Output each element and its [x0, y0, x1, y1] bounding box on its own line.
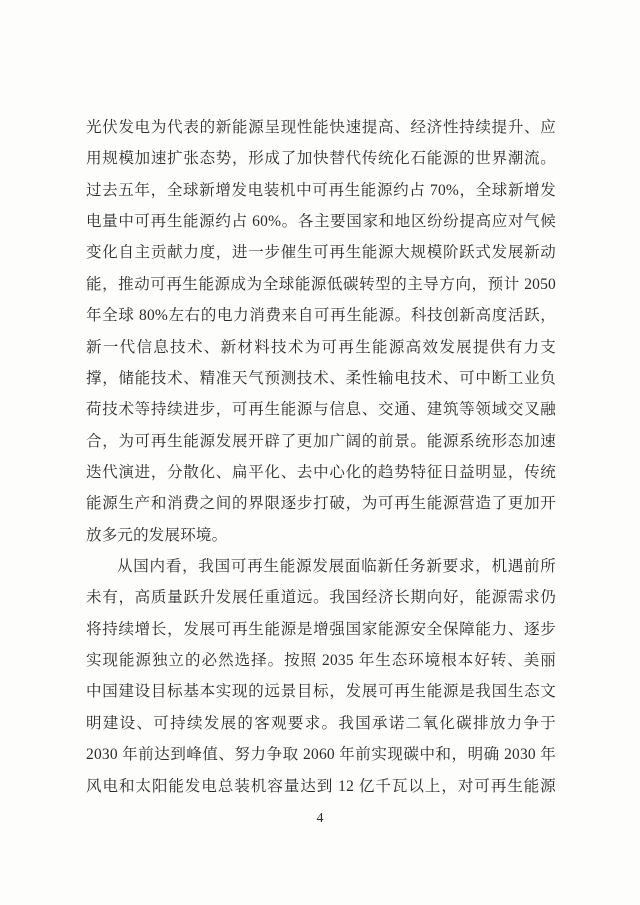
text-line: 电量中可再生能源约占 60%。各主要国家和地区纷纷提高应对气候	[86, 206, 556, 237]
text-line: 过去五年，全球新增发电装机中可再生能源约占 70%，全球新增发	[86, 175, 556, 206]
text-line: 新一代信息技术、新材料技术为可再生能源高效发展提供有力支	[86, 332, 556, 363]
text-line: 光伏发电为代表的新能源呈现性能快速提高、经济性持续提升、应	[86, 112, 556, 143]
text-line: 变化自主贡献力度，进一步催生可再生能源大规模阶跃式发展新动	[86, 237, 556, 268]
text-line: 合，为可再生能源发展开辟了更加广阔的前景。能源系统形态加速	[86, 426, 556, 457]
text-line: 实现能源独立的必然选择。按照 2035 年生态环境根本好转、美丽	[86, 645, 556, 676]
text-line: 用规模加速扩张态势，形成了加快替代传统化石能源的世界潮流。	[86, 143, 556, 174]
text-line: 能源生产和消费之间的界限逐步打破，为可再生能源营造了更加开	[86, 488, 556, 519]
text-line: 能，推动可再生能源成为全球能源低碳转型的主导方向，预计 2050	[86, 269, 556, 300]
text-line: 年全球 80%左右的电力消费来自可再生能源。科技创新高度活跃，	[86, 300, 556, 331]
document-page: 光伏发电为代表的新能源呈现性能快速提高、经济性持续提升、应 用规模加速扩张态势，…	[0, 0, 640, 905]
text-line: 将持续增长，发展可再生能源是增强国家能源安全保障能力、逐步	[86, 614, 556, 645]
text-line: 明建设、可持续发展的客观要求。我国承诺二氧化碳排放力争于	[86, 708, 556, 739]
text-line: 风电和太阳能发电总装机容量达到 12 亿千瓦以上，对可再生能源	[86, 771, 556, 802]
text-line-paragraph-start: 从国内看，我国可再生能源发展面临新任务新要求，机遇前所	[86, 551, 556, 582]
text-line: 迭代演进，分散化、扁平化、去中心化的趋势特征日益明显，传统	[86, 457, 556, 488]
text-line: 荷技术等持续进步，可再生能源与信息、交通、建筑等领域交叉融	[86, 394, 556, 425]
text-line: 未有，高质量跃升发展任重道远。我国经济长期向好，能源需求仍	[86, 582, 556, 613]
body-text: 光伏发电为代表的新能源呈现性能快速提高、经济性持续提升、应 用规模加速扩张态势，…	[86, 112, 556, 802]
text-line: 中国建设目标基本实现的远景目标，发展可再生能源是我国生态文	[86, 676, 556, 707]
text-line-paragraph-end: 放多元的发展环境。	[86, 520, 556, 551]
text-line: 2030 年前达到峰值、努力争取 2060 年前实现碳中和，明确 2030 年	[86, 739, 556, 770]
page-number: 4	[0, 810, 640, 827]
text-line: 撑，储能技术、精准天气预测技术、柔性输电技术、可中断工业负	[86, 363, 556, 394]
